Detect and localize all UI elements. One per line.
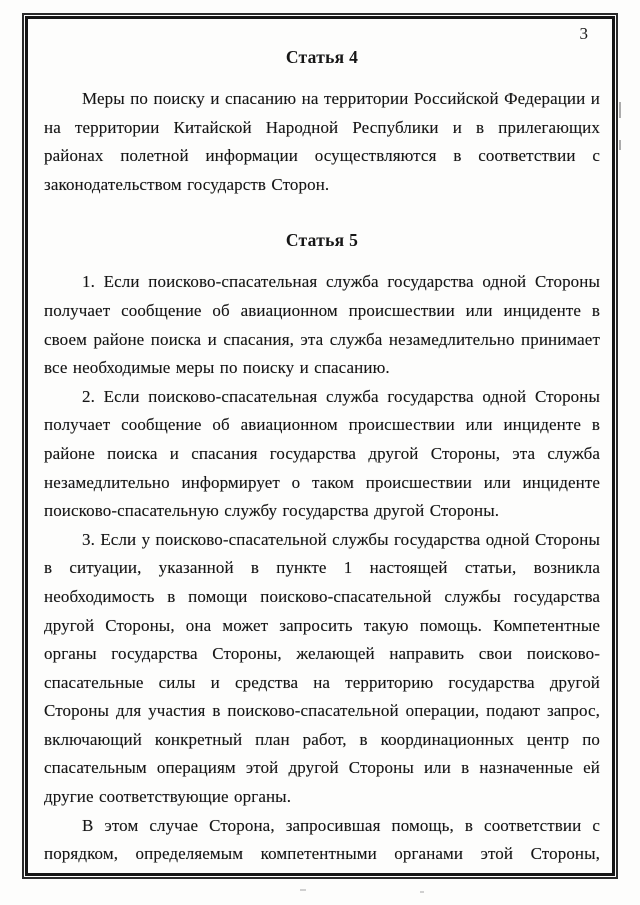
article-4-paragraph: Меры по поиску и спасанию на территории … (44, 85, 600, 199)
scan-artifact (619, 140, 621, 150)
page-content: 3 Статья 4 Меры по поиску и спасанию на … (44, 24, 600, 869)
document-page: 3 Статья 4 Меры по поиску и спасанию на … (0, 0, 640, 905)
article-4-heading: Статья 4 (44, 47, 600, 67)
scan-artifact (420, 891, 424, 893)
article-5-paragraph-3: 3. Если у поисково-спасательной службы г… (44, 526, 600, 812)
article-5-heading: Статья 5 (44, 230, 600, 250)
article-5-paragraph-2: 2. Если поисково-спасательная служба гос… (44, 383, 600, 526)
scan-artifact (619, 102, 621, 118)
page-number: 3 (44, 24, 600, 44)
article-5-paragraph-4: В этом случае Сторона, запросившая помощ… (44, 812, 600, 869)
scan-artifact (300, 889, 306, 891)
article-5-paragraph-1: 1. Если поисково-спасательная служба гос… (44, 268, 600, 382)
